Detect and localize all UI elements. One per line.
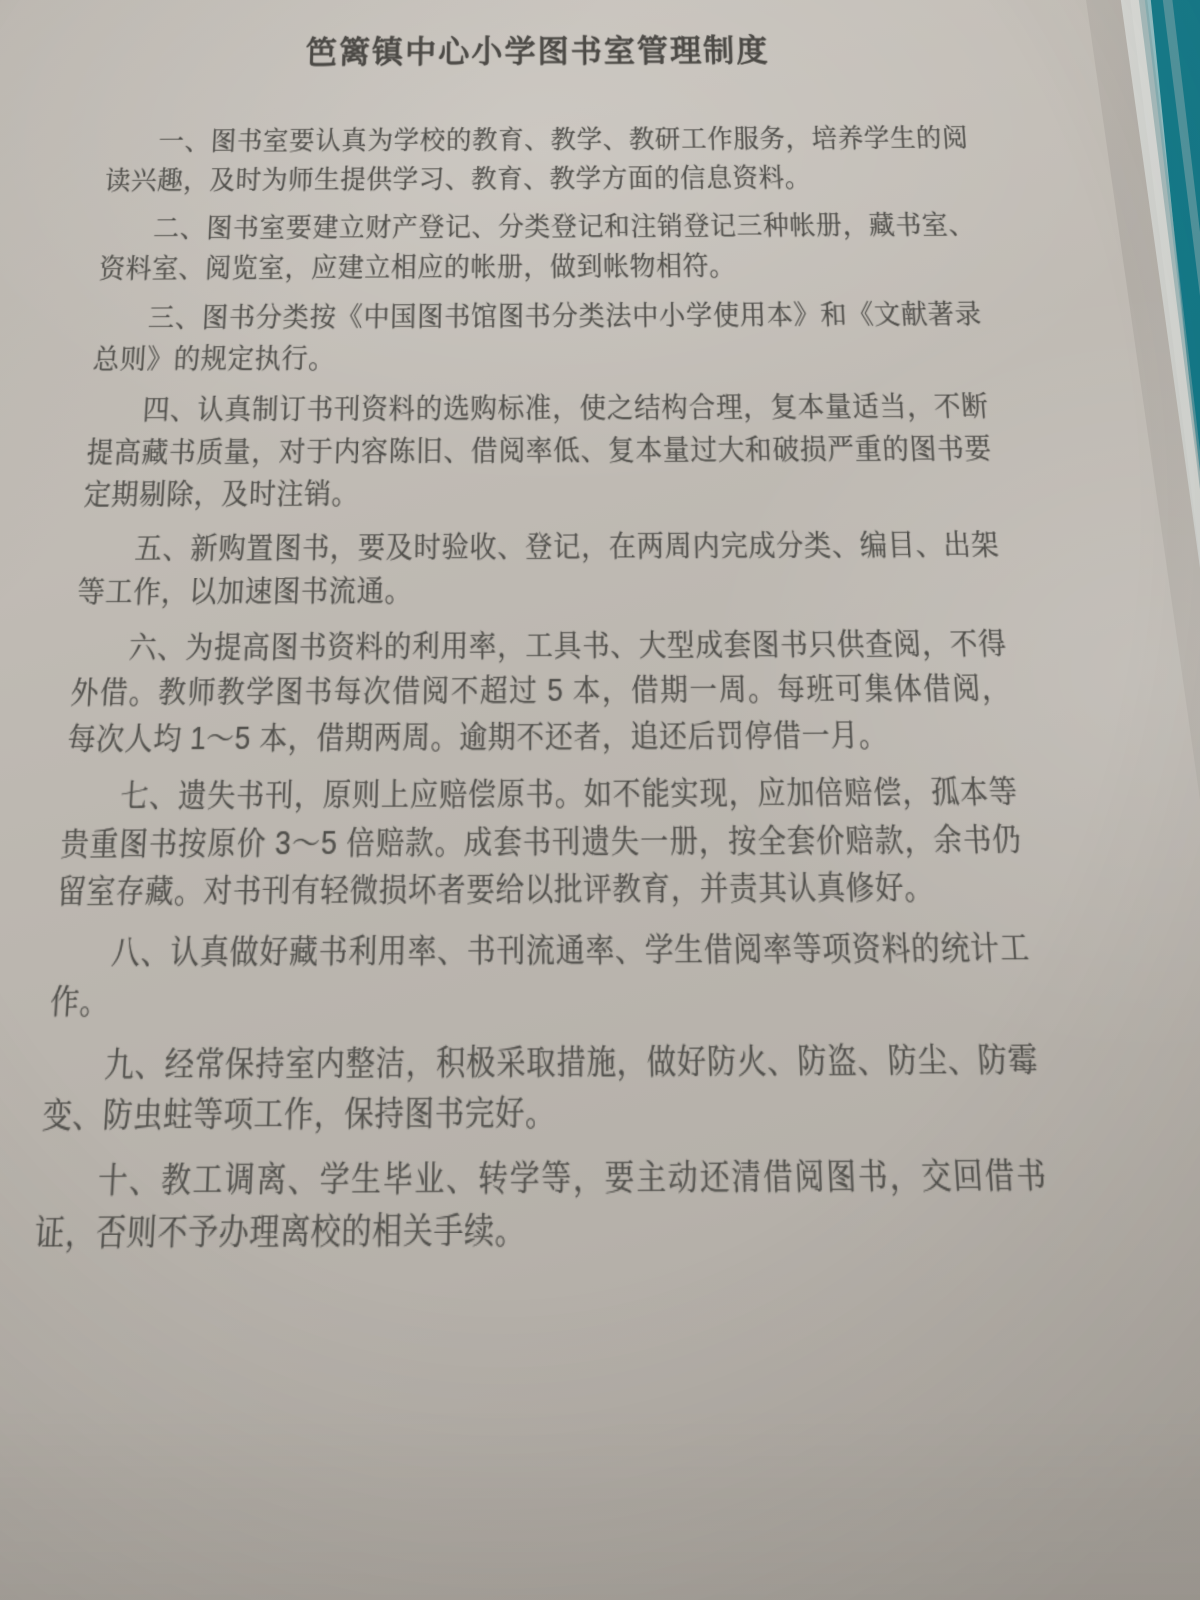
rule-item-4: 四、认真制订书刊资料的选购标准，使之结构合理，复本量适当，不断提高藏书质量，对于… (82, 387, 996, 518)
rule-item-3: 三、图书分类按《中国图书馆图书分类法中小学使用本》和《文献著录总则》的规定执行。 (92, 295, 987, 381)
rule-item-7: 七、遗失书刊，原则上应赔偿原书。如不能实现，应加倍赔偿，孤本等贵重图书按原价 3… (56, 770, 1027, 918)
rule-item-2: 二、图书室要建立财产登记、分类登记和注销登记三种帐册，藏书室、资料室、阅览室，应… (98, 206, 980, 289)
rule-item-8: 八、认真做好藏书利用率、书刊流通率、学生借阅率等项资料的统计工作。 (48, 925, 1035, 1029)
rule-item-9: 九、经常保持室内整洁，积极采取措施，做好防火、防盗、防尘、防霉变、防虫蛀等项工作… (41, 1036, 1044, 1143)
rule-item-5: 五、新购置图书，要及时验收、登记，在两周内完成分类、编目、出架等工作，以加速图书… (76, 524, 1004, 616)
document-photo: 笆篱镇中心小学图书室管理制度 一、图书室要认真为学校的教育、教学、教研工作服务，… (0, 0, 1200, 1600)
rule-item-6: 六、为提高图书资料的利用率，工具书、大型成套图书只供查阅，不得外借。教师教学图书… (66, 622, 1015, 763)
rule-item-1: 一、图书室要认真为学校的教育、教学、教研工作服务，培养学生的阅读兴趣，及时为师生… (104, 120, 973, 201)
document-content: 笆篱镇中心小学图书室管理制度 一、图书室要认真为学校的教育、教学、教研工作服务，… (32, 28, 1054, 1274)
rule-item-10: 十、教工调离、学生毕业、转学等，要主动还清借阅图书，交回借书证，否则不予办理离校… (33, 1151, 1053, 1262)
document-title: 笆篱镇中心小学图书室管理制度 (112, 28, 963, 75)
